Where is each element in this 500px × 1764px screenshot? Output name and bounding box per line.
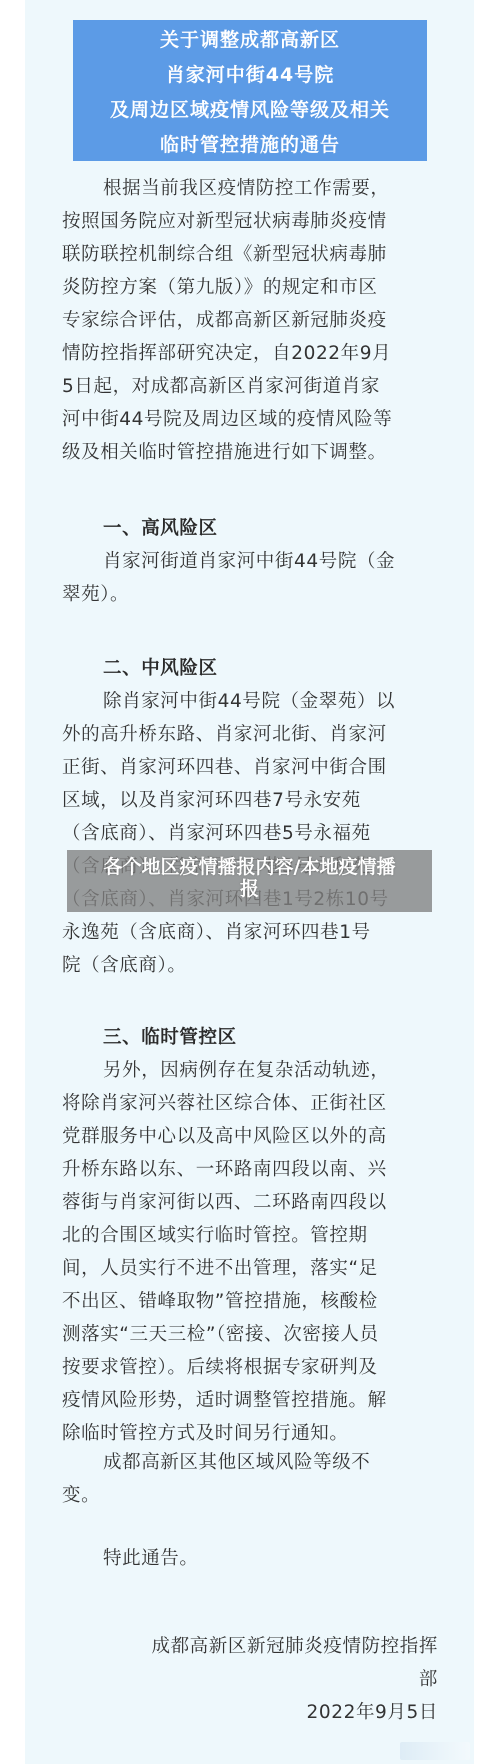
caption-line: 各个地区疫情播报内容/本地疫情播 xyxy=(75,856,424,878)
section-line: 间，人员实行不进不出管理，落实“足 xyxy=(62,1252,378,1285)
closing-line: 成都高新区其他区域风险等级不 xyxy=(103,1446,370,1479)
section-line: 永逸苑（含底商）、肖家河环四巷1号 xyxy=(62,916,371,949)
caption-overlay: 各个地区疫情播报内容/本地疫情播 报 xyxy=(67,850,432,912)
section-line: 另外，因病例存在复杂活动轨迹， xyxy=(103,1054,390,1087)
intro-line: 5日起，对成都高新区肖家河街道肖家 xyxy=(62,370,380,403)
signature-date: 2022年9月5日 xyxy=(306,1696,438,1729)
intro-line: 情防控指挥部研究决定，自2022年9月 xyxy=(62,337,391,370)
section-line: 院（含底商）。 xyxy=(62,949,186,982)
section-line: 不出区、错峰取物”管控措施，核酸检 xyxy=(62,1285,378,1318)
title-line: 肖家河中街44号院 xyxy=(73,58,427,93)
section-line: 北的合围区域实行临时管控。管控期 xyxy=(62,1219,368,1252)
signature-org: 成都高新区新冠肺炎疫情防控指挥 xyxy=(151,1630,438,1663)
section-line: 正街、肖家河环四巷、肖家河中街合围 xyxy=(62,751,387,784)
title-line: 关于调整成都高新区 xyxy=(73,23,427,58)
title-line: 及周边区域疫情风险等级及相关 xyxy=(73,93,427,128)
section-heading-medium-risk: 二、中风险区 xyxy=(103,652,218,685)
notice-title-banner: 关于调整成都高新区 肖家河中街44号院 及周边区域疫情风险等级及相关 临时管控措… xyxy=(73,20,427,161)
intro-line: 联防联控机制综合组《新型冠状病毒肺 xyxy=(62,238,387,271)
section-line: 测落实“三天三检”（密接、次密接人员 xyxy=(62,1318,379,1351)
section-heading-temporary-control: 三、临时管控区 xyxy=(103,1021,237,1054)
intro-line: 河中街44号院及周边区域的疫情风险等 xyxy=(62,403,392,436)
section-line: 党群服务中心以及高中风险区以外的高 xyxy=(62,1120,387,1153)
closing-line: 变。 xyxy=(62,1479,100,1512)
watermark xyxy=(400,1742,470,1760)
caption-line: 报 xyxy=(75,878,424,900)
section-line: 翠苑）。 xyxy=(62,578,129,611)
title-line: 临时管控措施的通告 xyxy=(73,128,427,163)
section-line: 蓉街与肖家河街以西、二环路南四段以 xyxy=(62,1186,387,1219)
section-line: 区域，以及肖家河环四巷7号永安苑 xyxy=(62,784,361,817)
intro-line: 炎防控方案（第九版）》的规定和市区 xyxy=(62,271,377,304)
section-line: 升桥东路以东、一环路南四段以南、兴 xyxy=(62,1153,387,1186)
signature-org-cont: 部 xyxy=(419,1663,438,1696)
section-line: （含底商）、肖家河环四巷5号永福苑 xyxy=(62,817,371,850)
section-line: 疫情风险形势，适时调整管控措施。解 xyxy=(62,1384,387,1417)
notice-statement: 特此通告。 xyxy=(103,1542,199,1575)
section-line: 外的高升桥东路、肖家河北街、肖家河 xyxy=(62,718,387,751)
intro-line: 专家综合评估，成都高新区新冠肺炎疫 xyxy=(62,304,387,337)
intro-line: 根据当前我区疫情防控工作需要， xyxy=(103,172,390,205)
section-line: 按要求管控）。后续将根据专家研判及 xyxy=(62,1351,377,1384)
section-line: 肖家河街道肖家河中街44号院（金 xyxy=(103,545,395,578)
intro-line: 按照国务院应对新型冠状病毒肺炎疫情 xyxy=(62,205,387,238)
section-line: 将除肖家河兴蓉社区综合体、正街社区 xyxy=(62,1087,387,1120)
section-line: 除肖家河中街44号院（金翠苑）以 xyxy=(103,685,395,718)
section-heading-high-risk: 一、高风险区 xyxy=(103,512,218,545)
intro-line: 级及相关临时管控措施进行如下调整。 xyxy=(62,436,387,469)
